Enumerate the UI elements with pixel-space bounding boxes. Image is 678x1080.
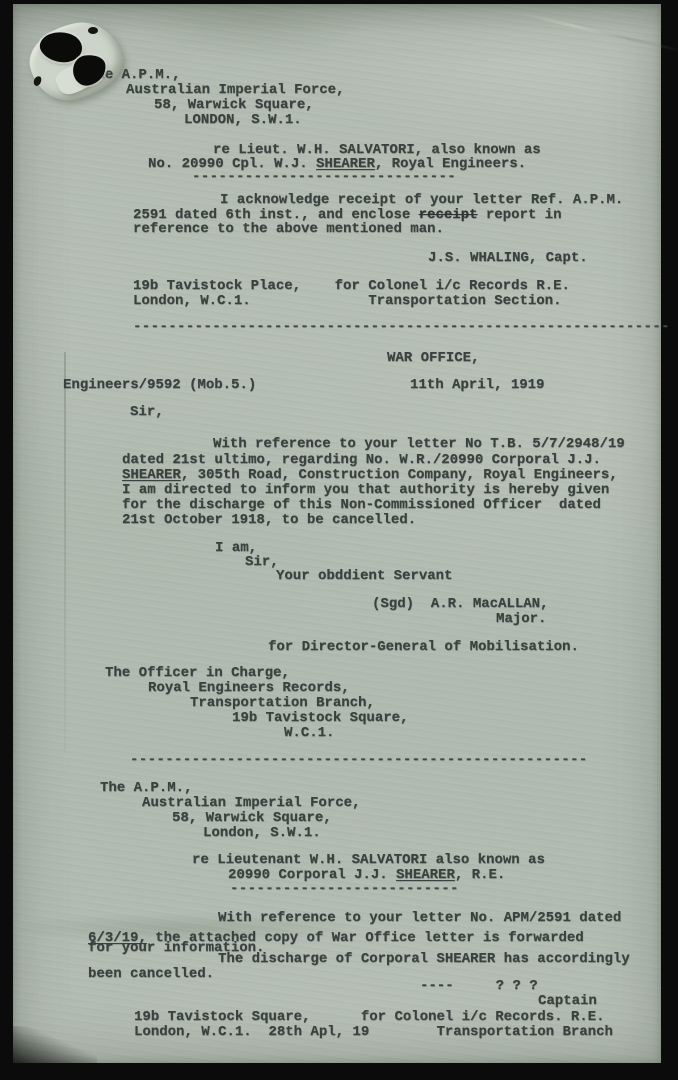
- body-text: report in: [477, 207, 561, 223]
- letter2-valediction-line: Your obddient Servant: [276, 569, 452, 584]
- letter3-body-line: With reference to your letter No. APM/25…: [218, 911, 621, 926]
- underlined-surname: SHEARER: [122, 467, 181, 483]
- letter2-body-line: SHEARER, 305th Road, Construction Compan…: [122, 468, 618, 483]
- letter2-rank: Major.: [496, 612, 546, 627]
- letter3-recipient-line: 58, Warwick Square,: [172, 811, 332, 826]
- letter3-body-line: been cancelled.: [88, 967, 214, 982]
- letter2-addressee-line: Transportation Branch,: [190, 696, 375, 711]
- section-separator: ----------------------------------------…: [133, 320, 670, 335]
- section-separator: ----------------------------------------…: [130, 753, 588, 768]
- letter2-body-line: With reference to your letter No T.B. 5/…: [213, 437, 625, 452]
- letter3-subject-line-1: re Lieutenant W.H. SALVATORI also known …: [192, 853, 545, 868]
- letter2-reference: Engineers/9592 (Mob.5.): [63, 378, 256, 393]
- letter2-body-line: I am directed to inform you that authori…: [122, 483, 609, 498]
- letter3-rank: Captain: [538, 994, 597, 1009]
- letter1-address-line: London, W.C.1. Transportation Section.: [133, 294, 561, 309]
- letter1-recipient-line: LONDON, S.W.1.: [184, 113, 302, 128]
- letter2-valediction-line: Sir,: [245, 555, 279, 570]
- letter2-heading: WAR OFFICE,: [387, 351, 479, 366]
- letter1-body-line: I acknowledge receipt of your letter Ref…: [220, 193, 623, 208]
- letter2-addressee-line: W.C.1.: [284, 726, 334, 741]
- letter2-addressee-line: The Officer in Charge,: [105, 666, 290, 681]
- letter2-signed: (Sgd) A.R. MacALLAN,: [372, 597, 548, 612]
- letter1-signature: J.S. WHALING, Capt.: [428, 251, 588, 266]
- paper-crease-vertical: [64, 352, 66, 752]
- letter2-body-line: 21st October 1918, to be cancelled.: [122, 513, 416, 528]
- letter3-recipient-line: The A.P.M.,: [100, 781, 192, 796]
- letter2-body-line: for the discharge of this Non-Commission…: [122, 498, 601, 513]
- letter1-recipient-line: Australian Imperial Force,: [126, 83, 344, 98]
- letter3-address-line: 19b Tavistock Square, for Colonel i/c Re…: [134, 1010, 604, 1025]
- letter3-body-line: The discharge of Corporal SHEARER has ac…: [218, 952, 630, 967]
- paper-corner-shadow: [13, 1026, 97, 1063]
- letter1-address-line: 19b Tavistock Place, for Colonel i/c Rec…: [133, 279, 570, 294]
- document-photo: The A.P.M., Australian Imperial Force, 5…: [0, 0, 678, 1080]
- letter2-salutation: Sir,: [130, 405, 164, 420]
- letter3-address-line: London, W.C.1. 28th Apl, 19 Transportati…: [134, 1025, 613, 1040]
- letter1-recipient-line: 58, Warwick Square,: [154, 98, 314, 113]
- tear-speck-2: [88, 27, 98, 34]
- letter3-recipient-line: London, S.W.1.: [203, 826, 321, 841]
- letter2-for-line: for Director-General of Mobilisation.: [268, 640, 579, 655]
- letter2-addressee-line: Royal Engineers Records,: [148, 681, 350, 696]
- letter2-date: 11th April, 1919: [410, 378, 544, 393]
- letter1-subject-rule: ------------------------------: [192, 170, 456, 185]
- subject-text: , R.E.: [455, 867, 505, 883]
- letter2-addressee-line: 19b Tavistock Square,: [232, 711, 408, 726]
- letter3-query-marks: ---- ? ? ?: [420, 979, 538, 994]
- body-text: , 305th Road, Construction Company, Roya…: [181, 467, 618, 483]
- letter1-body-line: reference to the above mentioned man.: [133, 222, 444, 237]
- letter3-subject-rule: --------------------------: [230, 882, 459, 897]
- letter2-body-line: dated 21st ultimo, regarding No. W.R./20…: [122, 453, 601, 468]
- letter3-recipient-line: Australian Imperial Force,: [142, 796, 360, 811]
